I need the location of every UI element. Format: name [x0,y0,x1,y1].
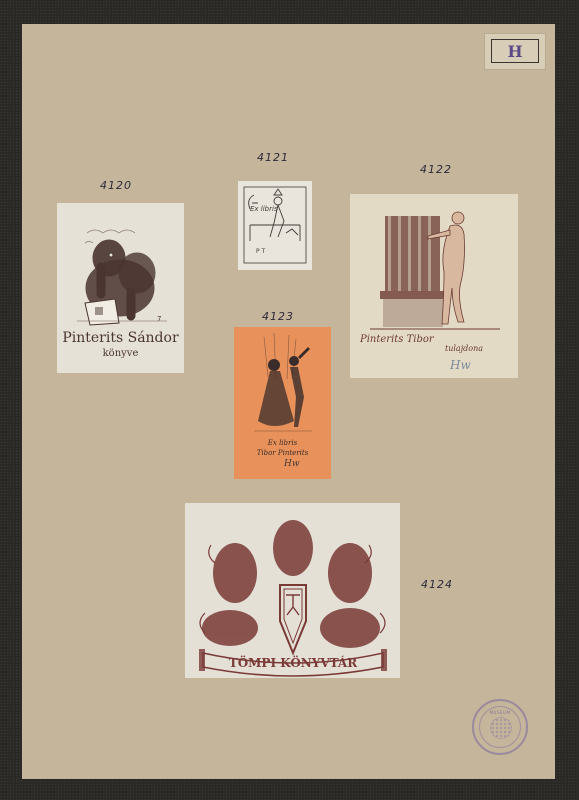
catalog-number-4123: 4123 [262,310,294,323]
bookplate-4123-title: Ex libris [234,439,331,447]
bookplate-4123-signature: Hw [284,459,300,469]
svg-text:TÖMPI KÖNYVTÁR: TÖMPI KÖNYVTÁR [229,654,358,670]
catalog-number-4122: 4122 [420,163,452,176]
bookplate-4120: 7 Pinterits Sándor könyve [57,203,184,373]
three-apes-shield-illustration: TÖMPI KÖNYVTÁR [185,503,400,678]
catalog-number-4120: 4120 [100,179,132,192]
bookplate-4124: TÖMPI KÖNYVTÁR [185,503,400,678]
sheet-label: H [491,39,539,63]
svg-text:P T: P T [256,248,266,255]
bookplate-4122-owner: Pinterits Tibor [360,334,434,345]
svg-text:Ex libris: Ex libris [250,205,278,213]
sketch-figure-illustration: P T Ex libris [238,181,312,270]
bookplate-4122: Pinterits Tibor tulajdona Hw [350,194,518,378]
bookplate-4122-subtitle: tulajdona [445,344,483,353]
svg-text:7: 7 [157,315,161,323]
bookplate-4120-subtitle: könyve [57,348,184,359]
bookplate-4120-owner: Pinterits Sándor [57,330,184,346]
bookplate-4122-signature: Hw [450,358,471,372]
catalog-number-4121: 4121 [257,151,289,164]
bookplate-4121: P T Ex libris [238,181,312,270]
bookplate-4123: Ex libris Tibor Pinterits Hw [234,327,331,479]
nude-at-columns-illustration [350,194,518,378]
museum-stamp: MUSEUM [472,699,528,755]
sheet-label-box: H [484,33,546,70]
bookplate-4123-owner: Tibor Pinterits [234,449,331,457]
catalog-number-4124: 4124 [421,578,453,591]
